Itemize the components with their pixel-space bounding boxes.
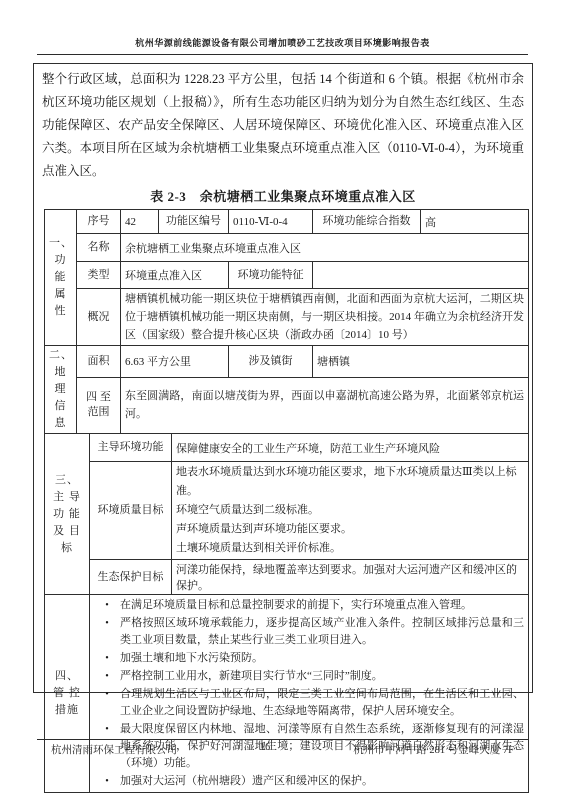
page-number: 16 — [260, 742, 270, 753]
name-label: 名称 — [77, 234, 121, 262]
env-function-zone-table: 一、 功 能 属性 序号 42 功能区编号 0110-Ⅵ-0-4 环境功能综合指… — [44, 209, 529, 793]
main-function-label: 主导环境功能 — [90, 434, 172, 462]
measure-text: 加强土壤和地下水污染预防。 — [120, 650, 524, 667]
table-row: 类型 环境重点准入区 环境功能特征 — [45, 262, 529, 289]
overview-label: 概况 — [77, 289, 121, 346]
table-row: 生态保护目标 河漾功能保持，绿地覆盖率达到要求。加强对大运河遗产区和缓冲区的保护… — [45, 560, 529, 595]
table-row: 环境质量目标 地表水环境质量达到水环境功能区要求，地下水环境质量达Ⅲ类以上标准。… — [45, 462, 529, 560]
list-item: • 严格按照区域环境承载能力，逐步提高区域产业准入条件。控制区域排污总量和三类工… — [94, 615, 524, 649]
type-value: 环境重点准入区 — [121, 262, 229, 289]
section-label-main-function-goals: 三、 主 导 功 能 及 目 标 — [45, 434, 90, 595]
quality-goal-value: 地表水环境质量达到水环境功能区要求，地下水环境质量达Ⅲ类以上标准。 环境空气质量… — [172, 462, 529, 560]
list-item: • 加强对大运河（杭州塘段）遗产区和缓冲区的保护。 — [94, 773, 524, 790]
section-label-geo-info: 二、 地 理 信息 — [45, 346, 77, 434]
feature-label: 环境功能特征 — [229, 262, 313, 289]
content-box: 整个行政区域，总面积为 1228.23 平方公里，包括 14 个街道和 6 个镇… — [33, 63, 533, 693]
measure-text: 合理规划生活区与工业区布局，限定三类工业空间布局范围，在生活区和工业园、工业企业… — [120, 686, 524, 720]
header-divider — [37, 54, 528, 55]
quality-goal-label: 环境质量目标 — [90, 462, 172, 560]
name-value: 余杭塘栖工业集聚点环境重点准入区 — [121, 234, 529, 262]
towns-label: 涉及镇街 — [229, 346, 313, 378]
document-header-title: 杭州华源前线能源设备有限公司增加喷砂工艺技改项目环境影响报告表 — [0, 36, 565, 49]
measure-text: 严格控制工业用水，新建项目实行节水“三同时”制度。 — [120, 668, 524, 685]
feature-value — [313, 262, 529, 289]
table-row: 概况 塘栖镇机械功能一期区块位于塘栖镇西南侧，北面和西面为京杭大运河，二期区块位… — [45, 289, 529, 346]
env-index-label: 环境功能综合指数 — [313, 210, 421, 234]
control-measures-cell: • 在满足环境质量目标和总量控制要求的前提下，实行环境重点准入管理。 • 严格按… — [90, 595, 529, 793]
document-page: 杭州华源前线能源设备有限公司增加喷砂工艺技改项目环境影响报告表 整个行政区域，总… — [0, 0, 565, 800]
boundary-value: 东至圆满路，南面以塘茂街为界，西面以申嘉湖杭高速公路为界，北面紧邻京杭运河。 — [121, 377, 529, 433]
bullet-icon: • — [94, 650, 120, 667]
footer-company: 杭州清雨环保工程有限公司 — [51, 742, 177, 757]
area-label: 面积 — [77, 346, 121, 378]
seq-label: 序号 — [77, 210, 121, 234]
list-item: • 在满足环境质量目标和总量控制要求的前提下，实行环境重点准入管理。 — [94, 597, 524, 614]
section-label-function-attributes: 一、 功 能 属性 — [45, 210, 77, 346]
section-label-control-measures: 四、 管 控 措施 — [45, 595, 90, 793]
list-item: • 加强土壤和地下水污染预防。 — [94, 650, 524, 667]
list-item: • 严格控制工业用水，新建项目实行节水“三同时”制度。 — [94, 668, 524, 685]
intro-paragraph: 整个行政区域，总面积为 1228.23 平方公里，包括 14 个街道和 6 个镇… — [42, 68, 524, 183]
env-index-value: 高 — [421, 210, 529, 234]
towns-value: 塘栖镇 — [313, 346, 529, 378]
main-function-value: 保障健康安全的工业生产环境，防范工业生产环境风险 — [172, 434, 529, 462]
bullet-icon: • — [94, 686, 120, 720]
boundary-label: 四 至 范围 — [77, 377, 121, 433]
table-row: 一、 功 能 属性 序号 42 功能区编号 0110-Ⅵ-0-4 环境功能综合指… — [45, 210, 529, 234]
eco-goal-value: 河漾功能保持，绿地覆盖率达到要求。加强对大运河遗产区和缓冲区的保护。 — [172, 560, 529, 595]
document-footer: 杭州清雨环保工程有限公司 16 杭州市中河中路 281 号金峰大厦 7F — [37, 739, 528, 757]
table-row: 二、 地 理 信息 面积 6.63 平方公里 涉及镇街 塘栖镇 — [45, 346, 529, 378]
seq-value: 42 — [121, 210, 159, 234]
overview-value: 塘栖镇机械功能一期区块位于塘栖镇西南侧，北面和西面为京杭大运河，二期区块位于塘栖… — [121, 289, 529, 346]
table-row: 四、 管 控 措施 • 在满足环境质量目标和总量控制要求的前提下，实行环境重点准… — [45, 595, 529, 793]
bullet-icon: • — [94, 615, 120, 649]
zone-code-value: 0110-Ⅵ-0-4 — [229, 210, 313, 234]
eco-goal-label: 生态保护目标 — [90, 560, 172, 595]
table-title: 表 2-3 余杭塘栖工业集聚点环境重点准入区 — [39, 186, 527, 205]
bullet-icon: • — [94, 773, 120, 790]
measure-text: 在满足环境质量目标和总量控制要求的前提下，实行环境重点准入管理。 — [120, 597, 524, 614]
table-row: 三、 主 导 功 能 及 目 标 主导环境功能 保障健康安全的工业生产环境，防范… — [45, 434, 529, 462]
table-row: 四 至 范围 东至圆满路，南面以塘茂街为界，西面以申嘉湖杭高速公路为界，北面紧邻… — [45, 377, 529, 433]
footer-address: 杭州市中河中路 281 号金峰大厦 7F — [353, 742, 514, 757]
bullet-icon: • — [94, 597, 120, 614]
measure-text: 严格按照区域环境承载能力，逐步提高区域产业准入条件。控制区域排污总量和三类工业项… — [120, 615, 524, 649]
measure-text: 加强对大运河（杭州塘段）遗产区和缓冲区的保护。 — [120, 773, 524, 790]
table-row: 名称 余杭塘栖工业集聚点环境重点准入区 — [45, 234, 529, 262]
bullet-icon: • — [94, 668, 120, 685]
area-value: 6.63 平方公里 — [121, 346, 229, 378]
control-measures-list: • 在满足环境质量目标和总量控制要求的前提下，实行环境重点准入管理。 • 严格按… — [94, 597, 524, 790]
list-item: • 合理规划生活区与工业区布局，限定三类工业空间布局范围，在生活区和工业园、工业… — [94, 686, 524, 720]
type-label: 类型 — [77, 262, 121, 289]
zone-code-label: 功能区编号 — [159, 210, 229, 234]
